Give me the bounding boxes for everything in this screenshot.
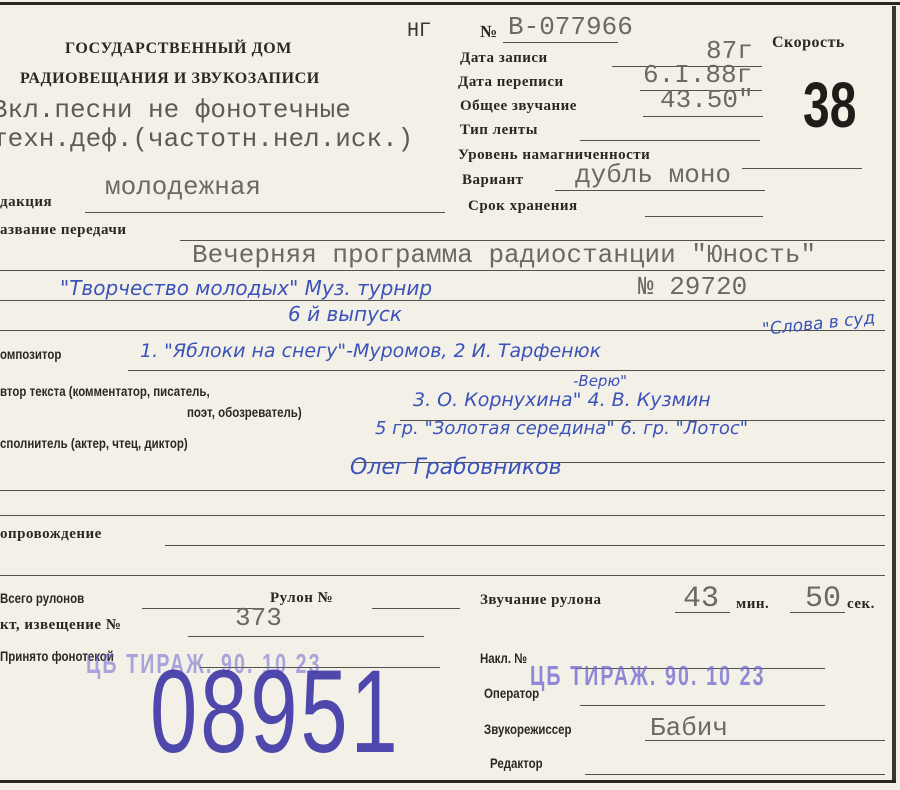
composer-underline	[128, 370, 885, 371]
rewrite-date-label: Дата переписи	[458, 74, 564, 91]
variant-underline	[555, 190, 765, 191]
variant-value: дубль моно	[575, 160, 731, 190]
operator-underline	[580, 705, 825, 706]
act-value: 373	[235, 603, 282, 633]
editor-underline	[585, 774, 885, 775]
lyricist-label-1: втор текста (комментатор, писатель,	[0, 383, 210, 399]
lyricist-label-2: поэт, обозреватель)	[187, 404, 302, 420]
editor-label: Редактор	[490, 755, 543, 771]
total-duration-underline	[643, 116, 763, 117]
composer-note: "Слова в суд	[761, 308, 876, 340]
number-underline	[503, 42, 618, 43]
archive-record-card: НГ ГОСУДАРСТВЕННЫЙ ДОМ РАДИОВЕЩАНИЯ И ЗВ…	[0, 0, 900, 790]
total-duration-value: 43.50"	[660, 85, 754, 115]
operator-label: Оператор	[484, 685, 539, 701]
roll-seconds-unit: сек.	[847, 596, 875, 613]
institution-line-2: РАДИОВЕЩАНИЯ И ЗВУКОЗАПИСИ	[20, 70, 320, 88]
act-underline	[188, 636, 424, 637]
sound-engineer-underline	[645, 740, 885, 741]
magnetization-underline	[742, 168, 862, 169]
storage-label: Срок хранения	[468, 198, 578, 215]
number-label: №	[480, 22, 498, 42]
sound-engineer-label: Звукорежиссер	[484, 721, 572, 737]
performer-underline-3	[0, 515, 885, 516]
variant-label: Вариант	[462, 172, 524, 189]
roll-number-underline	[372, 608, 460, 609]
accepted-stamp-number: 08951	[150, 644, 401, 780]
accompaniment-label: опровождение	[0, 526, 102, 543]
tape-type-underline	[580, 140, 760, 141]
roll-seconds-value: 50	[805, 582, 841, 616]
program-title: Вечерняя программа радиостанции "Юность"	[192, 240, 816, 270]
editorial-label: дакция	[0, 194, 52, 211]
invoice-label: Накл. №	[480, 650, 527, 666]
card-border-bottom	[0, 780, 896, 783]
header-code: НГ	[407, 20, 431, 43]
program-underline-3	[0, 300, 885, 301]
composer-value: 1. "Яблоки на снегу"-Муромов, 2 И. Тарфе…	[140, 340, 601, 362]
sound-engineer-value: Бабич	[650, 713, 728, 743]
program-subtitle: "Творчество молодых" Муз. турнир	[60, 276, 432, 300]
performer-value-1: 5 гр. "Золотая середина" 6. гр. "Лотос"	[375, 418, 748, 439]
note-line-2: техн.деф.(частотн.нел.иск.)	[0, 124, 413, 154]
roll-minutes-value: 43	[683, 582, 719, 616]
roll-minutes-unit: мин.	[736, 596, 769, 613]
roll-minutes-underline	[675, 612, 730, 613]
roll-seconds-underline	[790, 612, 845, 613]
card-border-right	[892, 6, 896, 781]
program-issue: 6 й выпуск	[288, 302, 402, 326]
roll-duration-label: Звучание рулона	[480, 592, 602, 609]
editorial-value: молодежная	[105, 172, 261, 202]
tape-type-label: Тип ленты	[460, 122, 538, 139]
performer-label: сполнитель (актер, чтец, диктор)	[0, 435, 188, 451]
total-rolls-label: Всего рулонов	[0, 590, 84, 606]
performer-value-2: Олег Грабовников	[350, 455, 562, 480]
accompaniment-underline-1	[165, 545, 885, 546]
storage-underline	[645, 216, 763, 217]
accompaniment-underline-2	[0, 575, 885, 576]
program-number: № 29720	[638, 272, 747, 302]
card-border-top	[0, 2, 900, 5]
total-duration-label: Общее звучание	[460, 98, 577, 115]
program-label: азвание передачи	[0, 222, 127, 239]
program-underline-2	[0, 270, 885, 271]
record-date-label: Дата записи	[460, 50, 548, 67]
lyricist-value: 3. О. Корнухина" 4. В. Кузмин	[413, 389, 711, 411]
composer-label: омпозитор	[0, 346, 61, 362]
lyricist-note: -Верю"	[573, 372, 627, 390]
speed-label: Скорость	[772, 34, 845, 52]
note-line-1: Вкл.песни не фонотечные	[0, 95, 351, 125]
number-value: В-077966	[508, 12, 633, 42]
speed-value: 38	[803, 68, 856, 142]
performer-underline-2	[0, 490, 885, 491]
act-label: кт, извещение №	[0, 617, 121, 634]
institution-line-1: ГОСУДАРСТВЕННЫЙ ДОМ	[65, 40, 292, 58]
invoice-stamp: ЦБ ТИРАЖ. 90. 10 23	[530, 660, 766, 692]
program-underline-4	[0, 330, 885, 331]
editorial-underline	[85, 212, 445, 213]
